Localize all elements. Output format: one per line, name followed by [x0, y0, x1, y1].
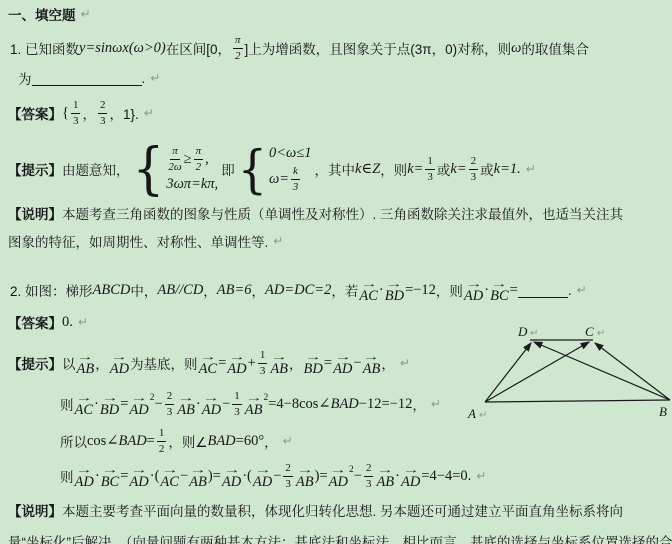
text-run: 为基底，则: [130, 353, 198, 373]
math-run: =: [218, 355, 226, 372]
math-run: cos∠: [87, 433, 118, 450]
vector: → AD: [464, 282, 483, 304]
vector: →AD: [75, 468, 94, 490]
hint-2-line-4: 则 →AD · →BC = →AD ·( →AC − →AB )= →AD ·(…: [60, 458, 486, 494]
math-run: ·: [95, 468, 100, 485]
text-run: ，: [95, 353, 109, 373]
vector: →AB: [363, 355, 381, 377]
text-run: 所以: [60, 431, 87, 451]
fraction: π 2: [233, 34, 243, 61]
case-group: { π 2ω ≥ π 2 , 3ωπ=kπ,: [133, 144, 219, 194]
fraction: 13: [232, 390, 242, 417]
note-1-line-2: 图象的特征，如周期性、对称性、单调性等. ↵: [8, 231, 283, 251]
paragraph-mark-icon: ↵: [597, 328, 605, 339]
figure-vector-AD: [485, 343, 531, 402]
text-run: ，: [264, 431, 278, 451]
vector-arrow-icon: →: [101, 396, 118, 403]
vector-arrow-icon: →: [491, 282, 508, 289]
vector-arrow-icon: →: [254, 468, 271, 475]
vector-arrow-icon: →: [228, 355, 245, 362]
figure-label-B: B: [659, 404, 667, 419]
math-run: −: [222, 396, 230, 413]
paragraph-mark-icon: ↵: [526, 162, 536, 176]
paragraph-mark-icon: ↵: [150, 71, 160, 85]
document-page: 一、填空题 ↵ 1. 已知函数 y=sinωx(ω>0) 在区间[0， π 2 …: [0, 0, 672, 544]
hint-1: 【提示】 由题意知， { π 2ω ≥ π 2 , 3ωπ=kπ,: [8, 138, 536, 200]
vector: →AC: [199, 355, 218, 377]
vector-arrow-icon: →: [402, 468, 419, 475]
math-run: ·: [379, 282, 384, 299]
hint-2-line-3: 所以 cos∠ BAD = 12 ，则∠ BAD =60° ， ↵: [60, 426, 293, 456]
math-run: ·(: [150, 468, 160, 485]
vector: →AB: [376, 468, 394, 490]
paragraph-mark-icon: ↵: [273, 234, 283, 248]
vector-arrow-icon: →: [271, 355, 288, 362]
vector-arrow-icon: →: [76, 468, 93, 475]
answer-label: 【答案】: [8, 312, 62, 332]
text-run: 即: [221, 159, 235, 179]
note-2-line-2: 量“坐标化”后解决. （向量问题有两种基本方法：基底法和坐标法，相比而言，基底的…: [8, 531, 672, 544]
vector-arrow-icon: →: [360, 282, 377, 289]
vector-arrow-icon: →: [330, 468, 347, 475]
paragraph-mark-icon: ↵: [479, 410, 487, 421]
vector: →AD: [329, 468, 348, 490]
vector-arrow-icon: →: [305, 355, 322, 362]
trapezoid-figure: D ↵ C ↵ A ↵ B: [452, 322, 672, 447]
text-run: 由题意知，: [62, 159, 130, 179]
vector: →BC: [101, 468, 120, 490]
paragraph-mark-icon: ↵: [577, 283, 587, 297]
math-run: +: [248, 355, 256, 372]
vector: →AB: [189, 468, 207, 490]
math-run: =: [510, 282, 518, 299]
math-run: k=1.: [494, 161, 521, 178]
hint-2-line-1: 【提示】 以 →AB ， →AD 为基底，则 →AC = →AD + 13 →A…: [8, 346, 410, 380]
vector: →AC: [160, 468, 179, 490]
math-run: =−12: [405, 282, 436, 299]
hint-label: 【提示】: [8, 159, 62, 179]
superscript: 2: [150, 393, 155, 403]
math-run: −: [273, 468, 281, 485]
note-2-line-1: 【说明】 本题主要考查平面向量的数量积，体现化归转化思想. 另本题还可通过建立平…: [8, 500, 623, 520]
vector: →AC: [75, 396, 94, 418]
vector: →AD: [129, 396, 148, 418]
vector-arrow-icon: →: [386, 282, 403, 289]
fraction: 13: [258, 349, 268, 376]
text-run: 以: [62, 353, 76, 373]
math-run: k=: [450, 161, 466, 178]
text-run: 本题主要考查平面向量的数量积，体现化归转化思想. 另本题还可通过建立平面直角坐标…: [62, 500, 623, 520]
math-run: BAD: [118, 433, 146, 450]
answer-1: 【答案】 { 1 3 ， 2 3 ，1}. ↵: [8, 96, 154, 130]
math-run: =: [120, 396, 128, 413]
math-run: BAD: [331, 396, 359, 413]
vector: →AD: [253, 468, 272, 490]
text-run: ，则∠: [168, 431, 207, 451]
math-run: 0.: [62, 314, 73, 331]
note-label: 【说明】: [8, 203, 62, 223]
fraction: 23: [364, 462, 374, 489]
text-run: 本题考查三角函数的图象与性质（单调性及对称性）. 三角函数除关注求最值外，也适当…: [62, 203, 623, 223]
text-run: 2. 如图：梯形: [10, 280, 93, 300]
vector-arrow-icon: →: [199, 355, 216, 362]
math-run: =60°: [236, 433, 264, 450]
superscript: 2: [349, 465, 354, 475]
text-run: 的取值集合: [521, 38, 589, 58]
fraction: π 2: [194, 145, 204, 172]
vector: →AD: [222, 468, 241, 490]
vector-arrow-icon: →: [178, 396, 195, 403]
note-1-line-1: 【说明】 本题考查三角函数的图象与性质（单调性及对称性）. 三角函数除关注求最值…: [8, 203, 623, 223]
text-run: 或: [437, 159, 451, 179]
vector-arrow-icon: →: [245, 396, 262, 403]
vector-arrow-icon: →: [131, 396, 148, 403]
text-run: ，若: [331, 280, 358, 300]
vector-arrow-icon: →: [363, 355, 380, 362]
text-run: ，: [412, 394, 426, 414]
text-run: ，则: [436, 280, 463, 300]
vector: →AB: [245, 396, 263, 418]
math-run: =: [120, 468, 128, 485]
paragraph-mark-icon: ↵: [431, 397, 441, 411]
vector-arrow-icon: →: [203, 396, 220, 403]
paragraph-mark-icon: ↵: [476, 469, 486, 483]
question-1-blank-line: 为 . ↵: [18, 66, 160, 90]
text-run: ，: [82, 103, 96, 123]
section-title: 一、填空题: [8, 4, 76, 24]
vector: →AD: [129, 468, 148, 490]
math-run: =4−8cos∠: [268, 396, 330, 413]
vector: →AD: [333, 355, 352, 377]
math-run: ABCD: [93, 282, 131, 299]
math-run: ·: [395, 468, 400, 485]
paragraph-mark-icon: ↵: [78, 315, 88, 329]
text-run: 图象的特征，如周期性、对称性、单调性等.: [8, 231, 268, 251]
math-run: AB//CD: [157, 282, 203, 299]
math-run: y=sinωx(ω>0): [79, 40, 166, 57]
text-run: 量“坐标化”后解决. （向量问题有两种基本方法：基底法和坐标法，相比而言，基底的…: [8, 531, 672, 544]
math-run: −: [354, 468, 362, 485]
paragraph-mark-icon: ↵: [530, 328, 538, 339]
math-run: =4−4=0.: [421, 468, 471, 485]
text-run: 中，: [130, 280, 157, 300]
figure-side-AB: [485, 400, 670, 402]
text-run: ，则: [380, 159, 407, 179]
fraction: k 3: [291, 165, 300, 192]
text-run: 则: [60, 394, 74, 414]
text-run: ]上为增函数，且图象关于点(3π，0)对称，则: [245, 38, 512, 58]
answer-label: 【答案】: [8, 103, 62, 123]
vector: →AB: [270, 355, 288, 377]
figure-label-D: D: [517, 324, 528, 339]
math-run: −12=−12: [359, 396, 413, 413]
math-run: −: [353, 355, 361, 372]
math-run: ω=: [269, 171, 289, 188]
vector-arrow-icon: →: [223, 468, 240, 475]
text-run: ，: [381, 353, 395, 373]
math-run: AD=DC=2: [265, 282, 331, 299]
note-label: 【说明】: [8, 500, 62, 520]
text-run: ，: [203, 280, 217, 300]
figure-label-A: A: [467, 406, 476, 421]
fraction: 2 3: [469, 155, 479, 182]
math-run: −: [155, 396, 163, 413]
fraction: 23: [283, 462, 293, 489]
math-run: )=: [315, 468, 328, 485]
vector: →AD: [110, 355, 129, 377]
text-run: 为: [18, 68, 32, 88]
hint-2-line-2: 则 →AC · →BD = →AD 2 − 23 →AB · →AD − 13 …: [60, 386, 441, 422]
math-run: {: [62, 105, 69, 122]
paragraph-mark-icon: ↵: [81, 7, 91, 21]
vector: → AC: [359, 282, 378, 304]
fraction: 1 3: [425, 155, 435, 182]
math-run: k∈Z: [355, 161, 380, 178]
math-run: ω: [511, 40, 521, 57]
superscript: 2: [264, 393, 269, 403]
fraction: 12: [157, 427, 167, 454]
text-run: ，: [289, 353, 303, 373]
question-2-stem: 2. 如图：梯形 ABCD 中， AB//CD ， AB=6 ， AD=DC=2…: [10, 276, 587, 304]
text-run: ，: [252, 280, 266, 300]
question-1-stem: 1. 已知函数 y=sinωx(ω>0) 在区间[0， π 2 ]上为增函数，且…: [10, 30, 589, 66]
vector-arrow-icon: →: [190, 468, 207, 475]
math-run: =: [147, 433, 155, 450]
math-run: BAD: [207, 433, 235, 450]
math-run: k=: [407, 161, 423, 178]
vector: →AB: [296, 468, 314, 490]
math-run: 0<ω≤1: [269, 145, 311, 162]
math-run: ,: [205, 151, 209, 168]
vector: →BD: [304, 355, 323, 377]
math-run: =: [324, 355, 332, 372]
brace: {: [133, 141, 165, 197]
math-run: −: [180, 468, 188, 485]
text-run: ，1}.: [109, 103, 138, 123]
text-run: 1. 已知函数: [10, 38, 79, 58]
vector-arrow-icon: →: [161, 468, 178, 475]
hint-label: 【提示】: [8, 353, 62, 373]
math-run: ·(: [242, 468, 252, 485]
vector: →AD: [202, 396, 221, 418]
text-run: 在区间[0，: [166, 38, 231, 58]
section-header: 一、填空题 ↵: [8, 4, 91, 24]
answer-blank: [518, 283, 568, 298]
figure-vector-BD: [534, 342, 670, 400]
vector-arrow-icon: →: [334, 355, 351, 362]
math-run: ·: [196, 396, 201, 413]
vector: →AD: [227, 355, 246, 377]
vector-arrow-icon: →: [111, 355, 128, 362]
fraction: π 2ω: [168, 145, 181, 172]
paragraph-mark-icon: ↵: [144, 106, 154, 120]
text-run: 或: [480, 159, 494, 179]
vector: → BC: [490, 282, 509, 304]
answer-2: 【答案】 0. ↵: [8, 312, 88, 332]
math-run: )=: [208, 468, 221, 485]
text-run: .: [568, 283, 572, 298]
answer-blank: [32, 71, 142, 86]
text-run: ，其中: [314, 159, 355, 179]
math-run: AB=6: [217, 282, 252, 299]
brace: {: [238, 143, 267, 195]
vector: → BD: [385, 282, 404, 304]
text-run: .: [142, 71, 146, 86]
vector-arrow-icon: →: [77, 355, 94, 362]
vector-arrow-icon: →: [296, 468, 313, 475]
vector: →AB: [177, 396, 195, 418]
vector: →BD: [100, 396, 119, 418]
fraction: 1 3: [71, 99, 81, 126]
case-group: { 0<ω≤1 ω= k 3: [238, 145, 312, 192]
paragraph-mark-icon: ↵: [283, 434, 293, 448]
paragraph-mark-icon: ↵: [400, 356, 410, 370]
vector-arrow-icon: →: [101, 468, 118, 475]
math-run: ·: [94, 396, 99, 413]
vector-arrow-icon: →: [75, 396, 92, 403]
math-run: ≥: [184, 151, 192, 168]
figure-label-C: C: [585, 324, 594, 339]
vector-arrow-icon: →: [465, 282, 482, 289]
vector: →AD: [401, 468, 420, 490]
figure-vector-BC: [595, 343, 670, 400]
vector: →AB: [77, 355, 95, 377]
fraction: 23: [165, 390, 175, 417]
vector-arrow-icon: →: [131, 468, 148, 475]
math-run: 3ωπ=kπ,: [166, 176, 218, 193]
fraction: 2 3: [98, 99, 108, 126]
figure-vector-AC: [485, 342, 589, 402]
math-run: ·: [484, 282, 489, 299]
text-run: 则: [60, 466, 74, 486]
vector-arrow-icon: →: [377, 468, 394, 475]
